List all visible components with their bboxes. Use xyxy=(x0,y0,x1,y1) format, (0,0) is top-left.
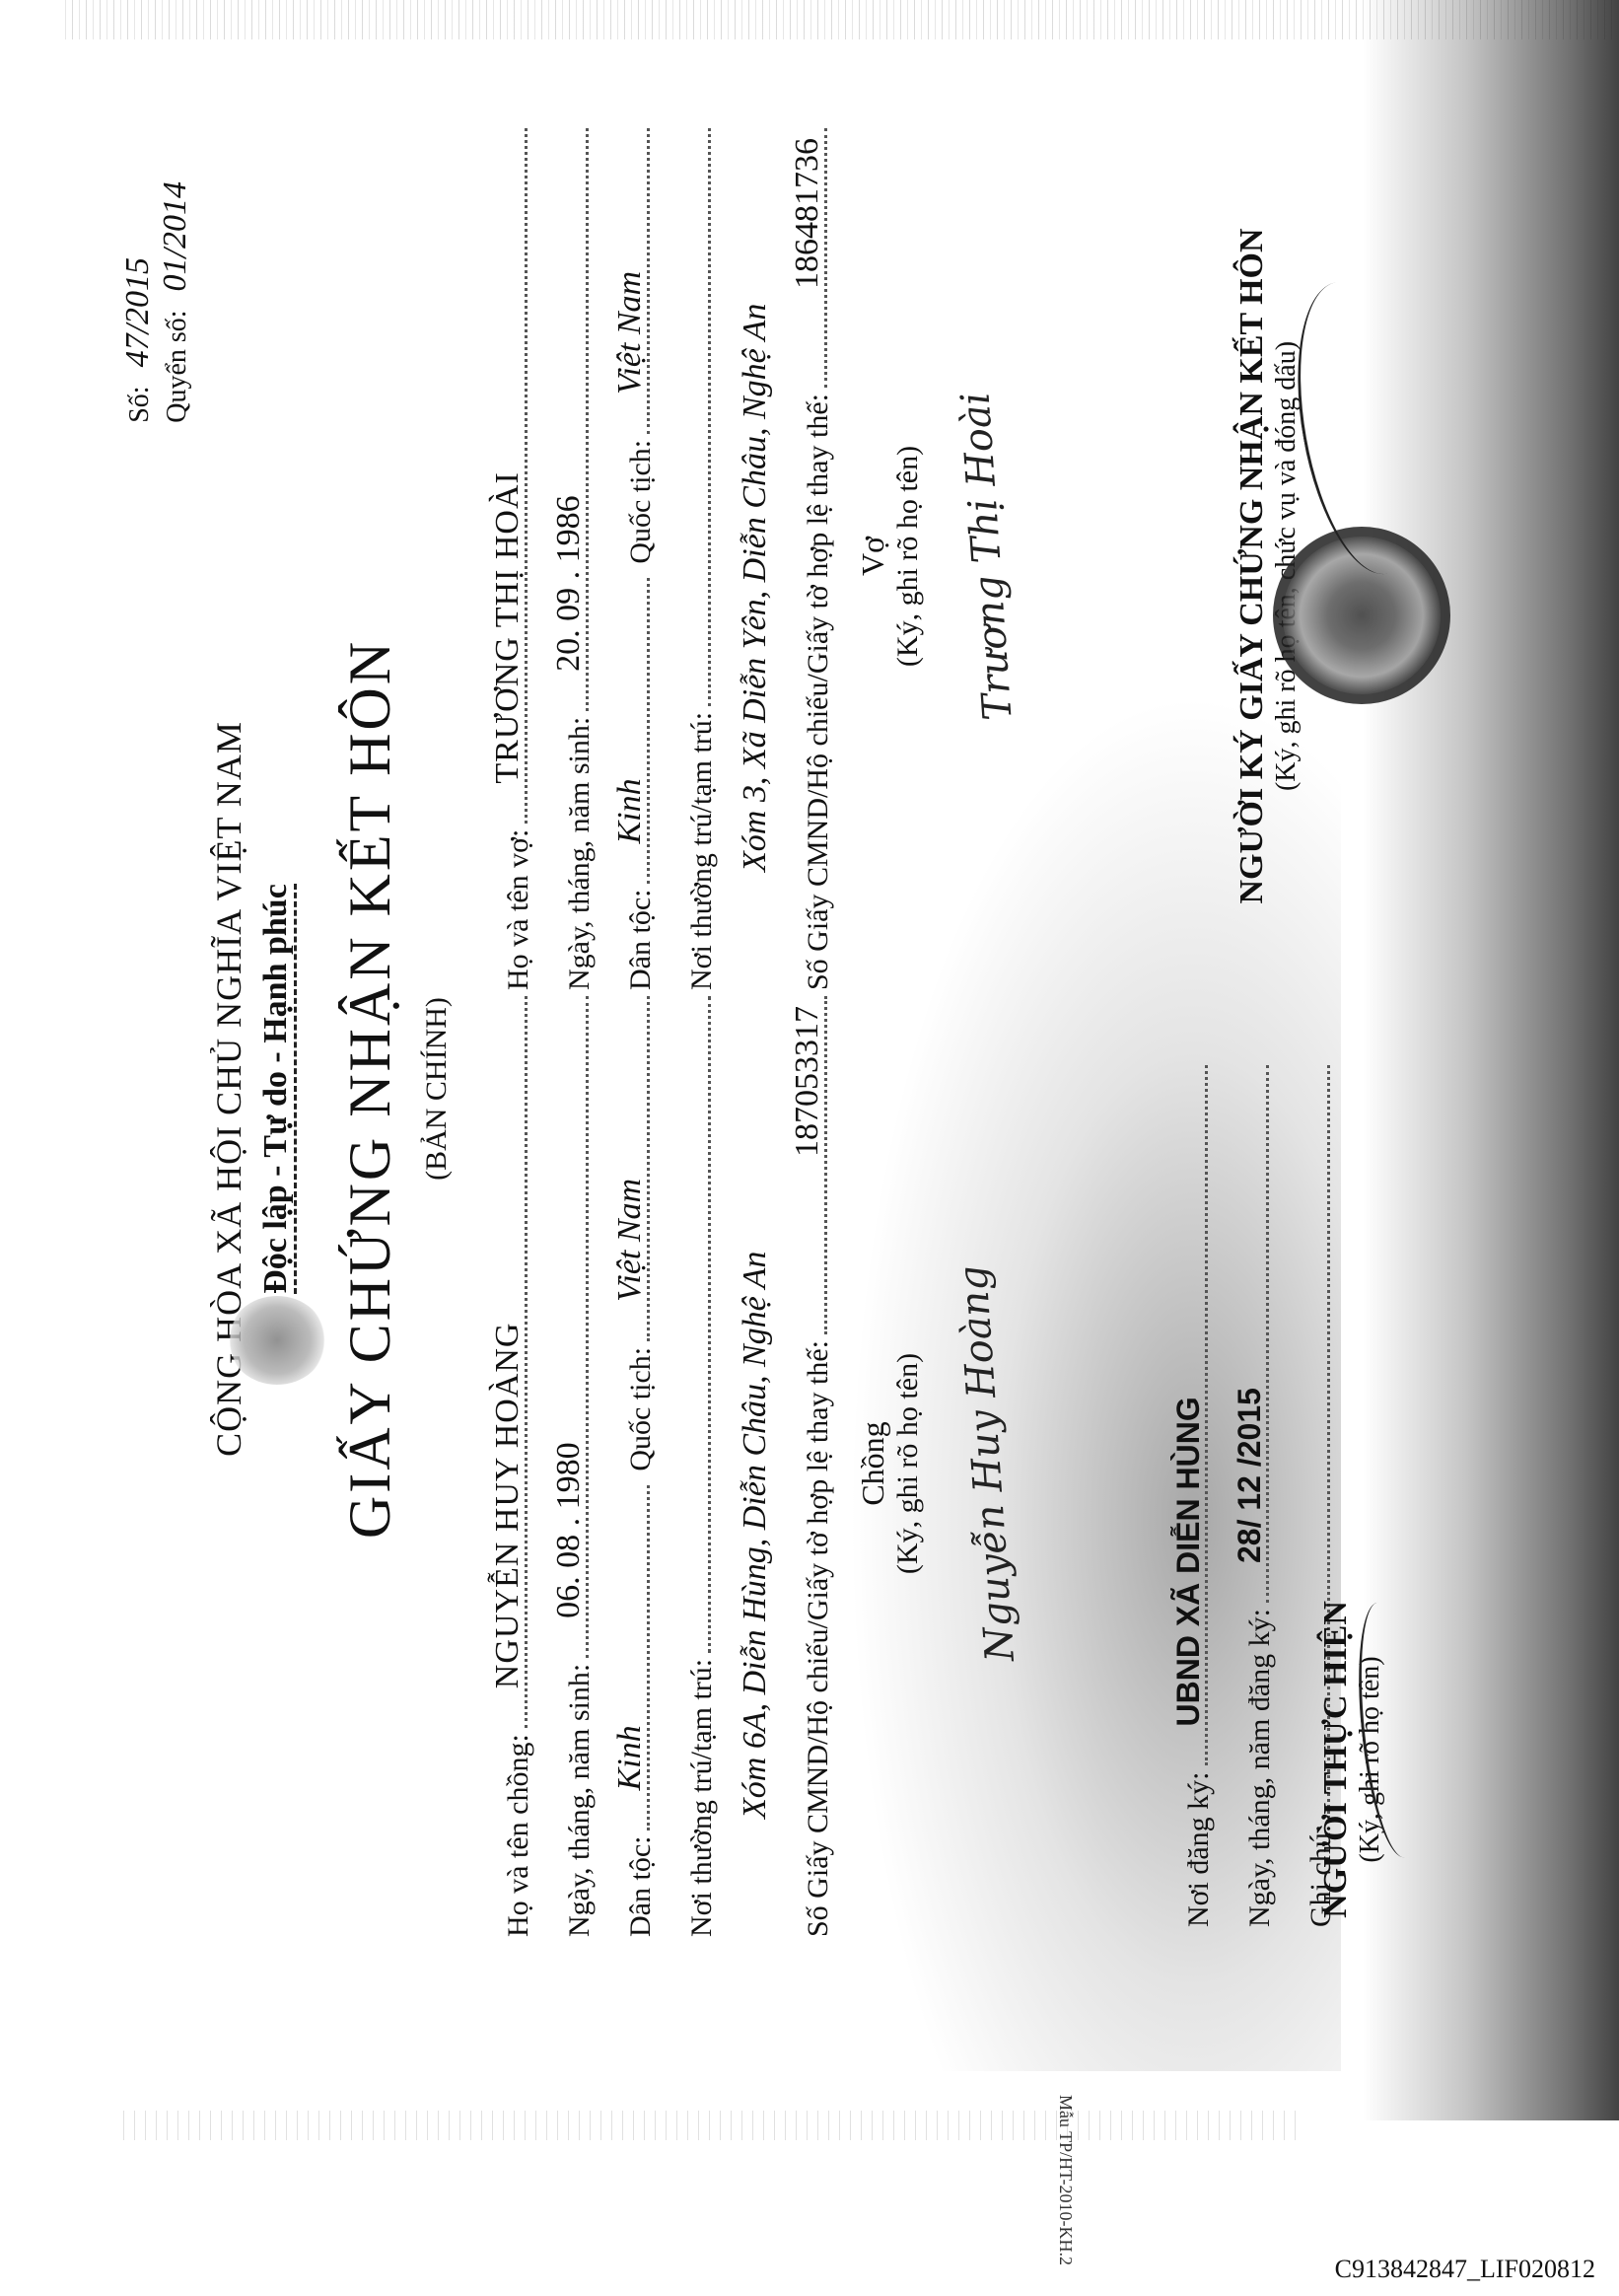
wife-residence-row: Nơi thường trú/tạm trú: xyxy=(658,122,719,990)
registration-info: Nơi đăng ký: UBND XÃ DIỄN HÙNG Ngày, thá… xyxy=(1155,1059,1338,1927)
wife-dob-row: Ngày, tháng, năm sinh: 20. 09 . 1986 xyxy=(535,122,597,990)
wife-section: Họ và tên vợ: TRƯƠNG THỊ HOÀI Ngày, thán… xyxy=(474,122,1010,990)
husband-section: Họ và tên chồng: NGUYỄN HUY HOÀNG Ngày, … xyxy=(474,990,1010,1937)
registration-date-row: Ngày, tháng, năm đăng ký: 28/ 12 /2015 xyxy=(1216,1059,1277,1927)
wife-signature-title: Vợ xyxy=(855,122,891,990)
country-header: CỘNG HÒA XÃ HỘI CHỦ NGHĨA VIỆT NAM xyxy=(208,63,249,2115)
registration-date: 28/ 12 /2015 xyxy=(1232,1388,1268,1563)
scan-noise-bottom xyxy=(118,2111,1302,2140)
husband-name-row: Họ và tên chồng: NGUYỄN HUY HOÀNG xyxy=(474,990,535,1937)
wife-id-number: 186481736 xyxy=(789,138,826,289)
husband-ethnicity-row: Dân tộc: Kinh Quốc tịch: Việt Nam xyxy=(597,990,658,1937)
wife-id-row: Số Giấy CMND/Hộ chiếu/Giấy tờ hợp lệ tha… xyxy=(774,122,835,990)
wife-dob: 20. 09 . 1986 xyxy=(550,495,588,672)
husband-dob: 06. 08 . 1980 xyxy=(550,1442,588,1618)
marriage-certificate: Số: 47/2015 Quyển số: 01/2014 CỘNG HÒA X… xyxy=(80,63,1421,2115)
wife-signature-instruction: (Ký, ghi rõ họ tên) xyxy=(891,122,925,990)
husband-id-row: Số Giấy CMND/Hộ chiếu/Giấy tờ hợp lệ tha… xyxy=(774,990,835,1937)
wife-residence: Xóm 3, Xã Diễn Yên, Diễn Châu, Nghệ An xyxy=(719,122,774,990)
wife-name: TRƯƠNG THỊ HOÀI xyxy=(489,471,527,784)
file-id: C913842847_LIF020812 xyxy=(1335,2255,1595,2284)
signer-signature-stroke xyxy=(1278,272,1445,584)
wife-ethnicity-row: Dân tộc: Kinh Quốc tịch: Việt Nam xyxy=(597,122,658,990)
registration-book: Quyển số: 01/2014 xyxy=(157,181,194,423)
registration-number: Số: 47/2015 xyxy=(119,181,157,423)
wife-ethnicity: Kinh xyxy=(611,778,649,843)
husband-id-number: 187053317 xyxy=(789,1006,826,1157)
husband-signature-instruction: (Ký, ghi rõ họ tên) xyxy=(891,990,925,1937)
form-code: Mẫu TP/HT-2010-KH.2 xyxy=(1055,2095,1076,2265)
husband-signature-title: Chồng xyxy=(855,990,891,1937)
husband-ethnicity: Kinh xyxy=(611,1725,649,1790)
registration-place-row: Nơi đăng ký: UBND XÃ DIỄN HÙNG xyxy=(1155,1059,1216,1927)
registration-numbers: Số: 47/2015 Quyển số: 01/2014 xyxy=(119,181,194,423)
signer-title: NGƯỜI KÝ GIẤY CHỨNG NHẬN KẾT HÔN xyxy=(1233,162,1271,970)
husband-nationality: Việt Nam xyxy=(611,1179,649,1302)
husband-residence-row: Nơi thường trú/tạm trú: xyxy=(658,990,719,1937)
national-emblem-icon xyxy=(228,1296,326,1385)
document-title: GIẤY CHỨNG NHẬN KẾT HÔN xyxy=(336,63,404,2115)
performer-title: NGƯỜI THỰC HIỆN xyxy=(1317,1552,1355,1967)
motto: Độc lập - Tự do - Hạnh phúc xyxy=(257,63,295,2115)
registration-place: UBND XÃ DIỄN HÙNG xyxy=(1170,1397,1207,1726)
wife-nationality: Việt Nam xyxy=(611,271,649,395)
wife-name-row: Họ và tên vợ: TRƯƠNG THỊ HOÀI xyxy=(474,122,535,990)
document-subtitle: (BẢN CHÍNH) xyxy=(420,63,454,2115)
husband-residence: Xóm 6A, Diễn Hùng, Diễn Châu, Nghệ An xyxy=(719,990,774,1937)
husband-dob-row: Ngày, tháng, năm sinh: 06. 08 . 1980 xyxy=(535,990,597,1937)
husband-name: NGUYỄN HUY HOÀNG xyxy=(489,1323,527,1689)
